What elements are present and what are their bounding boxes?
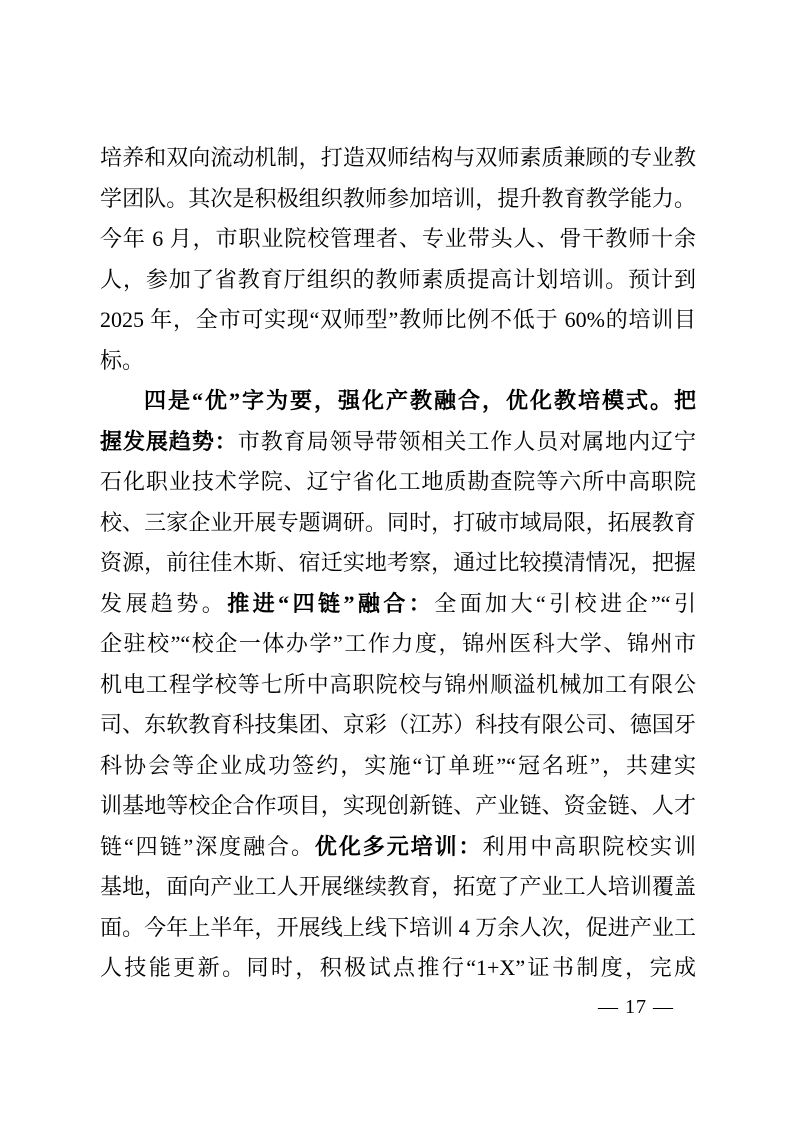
text-run: 利用中高职院校实训 [482,834,696,859]
text-line: 人，参加了省教育厅组织的教师素质提高计划培训。预计到 [100,260,696,301]
text-line: 企驻校”“校企一体办学”工作力度，锦州医科大学、锦州市 [100,624,696,665]
text-run: 面。今年上半年，开展线上线下培训 4 万余人次，促进产业工 [100,915,696,940]
text-run: 今年 6 月，市职业院校管理者、专业带头人、骨干教师十余 [100,226,696,251]
text-run: 学团队。其次是积极组织教师参加培训，提升教育教学能力。 [100,186,696,211]
page-number: — 17 — [598,995,674,1019]
text-run: 训基地等校企合作项目，实现创新链、产业链、资金链、人才 [100,793,696,818]
text-line: 学团队。其次是积极组织教师参加培训，提升教育教学能力。 [100,179,696,220]
document-page: 培养和双向流动机制，打造双师结构与双师素质兼顾的专业教学团队。其次是积极组织教师… [0,0,794,1123]
bold-text-run: 四是“优”字为要，强化产教融合，优化教培模式。把 [144,388,696,413]
text-line: 人技能更新。同时，积极试点推行“1+X”证书制度，完成 [100,948,696,989]
text-run: 2025 年，全市可实现“双师型”教师比例不低于 60%的培训目 [100,307,696,332]
document-body: 培养和双向流动机制，打造双师结构与双师素质兼顾的专业教学团队。其次是积极组织教师… [100,138,696,989]
text-run: 司、东软教育科技集团、京彩（江苏）科技有限公司、德国牙 [100,712,696,737]
text-line: 握发展趋势：市教育局领导带领相关工作人员对属地内辽宁 [100,422,696,463]
text-run: 发展趋势。 [100,591,227,616]
text-run: 链“四链”深度融合。 [100,834,315,859]
text-line: 标。 [100,341,696,382]
text-run: 石化职业技术学院、辽宁省化工地质勘查院等六所中高职院 [100,469,696,494]
text-run: 人技能更新。同时，积极试点推行“1+X”证书制度，完成 [100,955,696,980]
text-line: 今年 6 月，市职业院校管理者、专业带头人、骨干教师十余 [100,219,696,260]
text-line: 司、东软教育科技集团、京彩（江苏）科技有限公司、德国牙 [100,705,696,746]
bold-text-run: 优化多元培训： [315,834,483,859]
text-line: 资源，前往佳木斯、宿迁实地考察，通过比较摸清情况，把握 [100,543,696,584]
bold-text-run: 握发展趋势： [100,429,238,454]
text-run: 企驻校”“校企一体办学”工作力度，锦州医科大学、锦州市 [100,631,696,656]
text-run: 科协会等企业成功签约，实施“订单班”“冠名班”，共建实 [100,753,696,778]
text-line: 四是“优”字为要，强化产教融合，优化教培模式。把 [100,381,696,422]
text-line: 链“四链”深度融合。优化多元培训：利用中高职院校实训 [100,827,696,868]
text-run: 标。 [100,348,144,373]
text-line: 校、三家企业开展专题调研。同时，打破市域局限，拓展教育 [100,503,696,544]
text-run: 基地，面向产业工人开展继续教育，拓宽了产业工人培训覆盖 [100,874,696,899]
text-run: 机电工程学校等七所中高职院校与锦州顺溢机械加工有限公 [100,672,696,697]
text-run: 市教育局领导带领相关工作人员对属地内辽宁 [238,429,696,454]
text-line: 科协会等企业成功签约，实施“订单班”“冠名班”，共建实 [100,746,696,787]
text-line: 机电工程学校等七所中高职院校与锦州顺溢机械加工有限公 [100,665,696,706]
text-line: 面。今年上半年，开展线上线下培训 4 万余人次，促进产业工 [100,908,696,949]
text-run: 全面加大“引校进企”“引 [434,591,696,616]
bold-text-run: 推进“四链”融合： [227,591,434,616]
text-line: 2025 年，全市可实现“双师型”教师比例不低于 60%的培训目 [100,300,696,341]
text-line: 训基地等校企合作项目，实现创新链、产业链、资金链、人才 [100,786,696,827]
text-run: 资源，前往佳木斯、宿迁实地考察，通过比较摸清情况，把握 [100,550,696,575]
text-line: 基地，面向产业工人开展继续教育，拓宽了产业工人培训覆盖 [100,867,696,908]
text-line: 石化职业技术学院、辽宁省化工地质勘查院等六所中高职院 [100,462,696,503]
text-line: 发展趋势。推进“四链”融合：全面加大“引校进企”“引 [100,584,696,625]
text-run: 人，参加了省教育厅组织的教师素质提高计划培训。预计到 [100,267,696,292]
text-run: 校、三家企业开展专题调研。同时，打破市域局限，拓展教育 [100,510,696,535]
text-line: 培养和双向流动机制，打造双师结构与双师素质兼顾的专业教 [100,138,696,179]
text-run: 培养和双向流动机制，打造双师结构与双师素质兼顾的专业教 [100,145,696,170]
